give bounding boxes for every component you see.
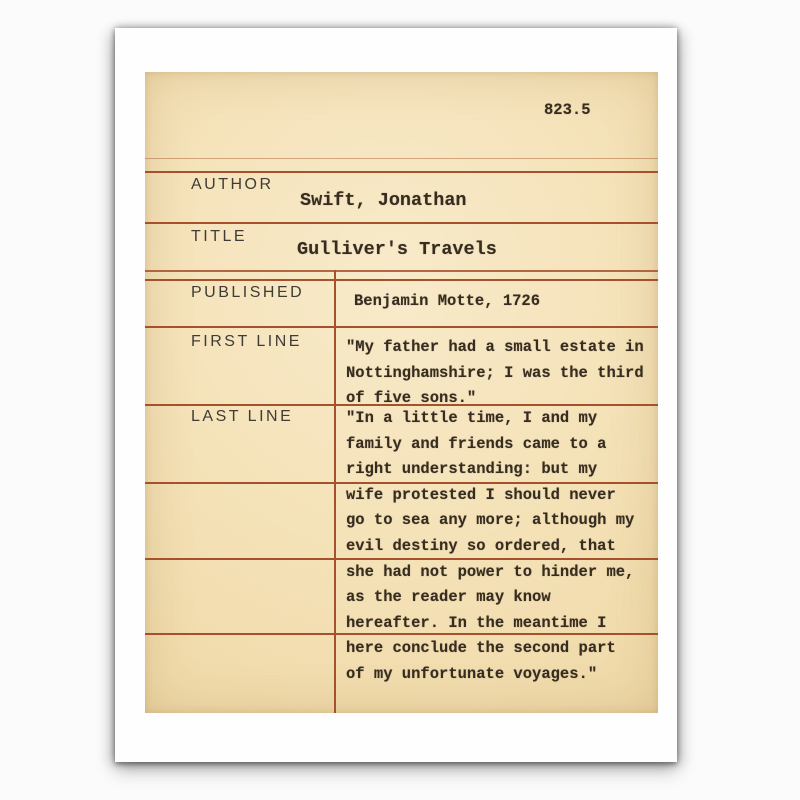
card-rule-line — [145, 158, 658, 159]
card-rule-line — [145, 326, 658, 328]
first-line-text: "My father had a small estate inNottingh… — [346, 335, 658, 412]
text-line: she had not power to hinder me, — [346, 560, 658, 586]
title-value: Gulliver's Travels — [297, 239, 497, 260]
text-line: evil destiny so ordered, that — [346, 534, 658, 560]
published-value: Benjamin Motte, 1726 — [354, 292, 540, 310]
card-rule-line — [145, 270, 658, 272]
text-line: wife protested I should never — [346, 483, 658, 509]
text-line: "My father had a small estate in — [346, 335, 658, 361]
text-line: right understanding: but my — [346, 457, 658, 483]
text-line: hereafter. In the meantime I — [346, 611, 658, 637]
print-paper: 823.5 AUTHOR Swift, Jonathan TITLE Gulli… — [115, 28, 677, 762]
first-line-label: FIRST LINE — [191, 333, 302, 351]
text-line: "In a little time, I and my — [346, 406, 658, 432]
text-line: go to sea any more; although my — [346, 508, 658, 534]
text-line: as the reader may know — [346, 585, 658, 611]
text-line: of my unfortunate voyages." — [346, 662, 658, 688]
text-line: Nottinghamshire; I was the third — [346, 361, 658, 387]
author-label: AUTHOR — [191, 176, 274, 194]
published-label: PUBLISHED — [191, 284, 304, 302]
card-rule-line — [145, 171, 658, 173]
call-number: 823.5 — [544, 101, 591, 119]
text-line: family and friends came to a — [346, 432, 658, 458]
card-rule-line — [145, 222, 658, 224]
title-label: TITLE — [191, 228, 247, 246]
column-divider-line — [334, 270, 336, 713]
author-value: Swift, Jonathan — [300, 190, 467, 211]
text-line: here conclude the second part — [346, 636, 658, 662]
library-catalog-card: 823.5 AUTHOR Swift, Jonathan TITLE Gulli… — [145, 72, 658, 713]
last-line-label: LAST LINE — [191, 408, 293, 426]
last-line-text: "In a little time, I and myfamily and fr… — [346, 406, 658, 688]
card-rule-line — [145, 279, 658, 281]
